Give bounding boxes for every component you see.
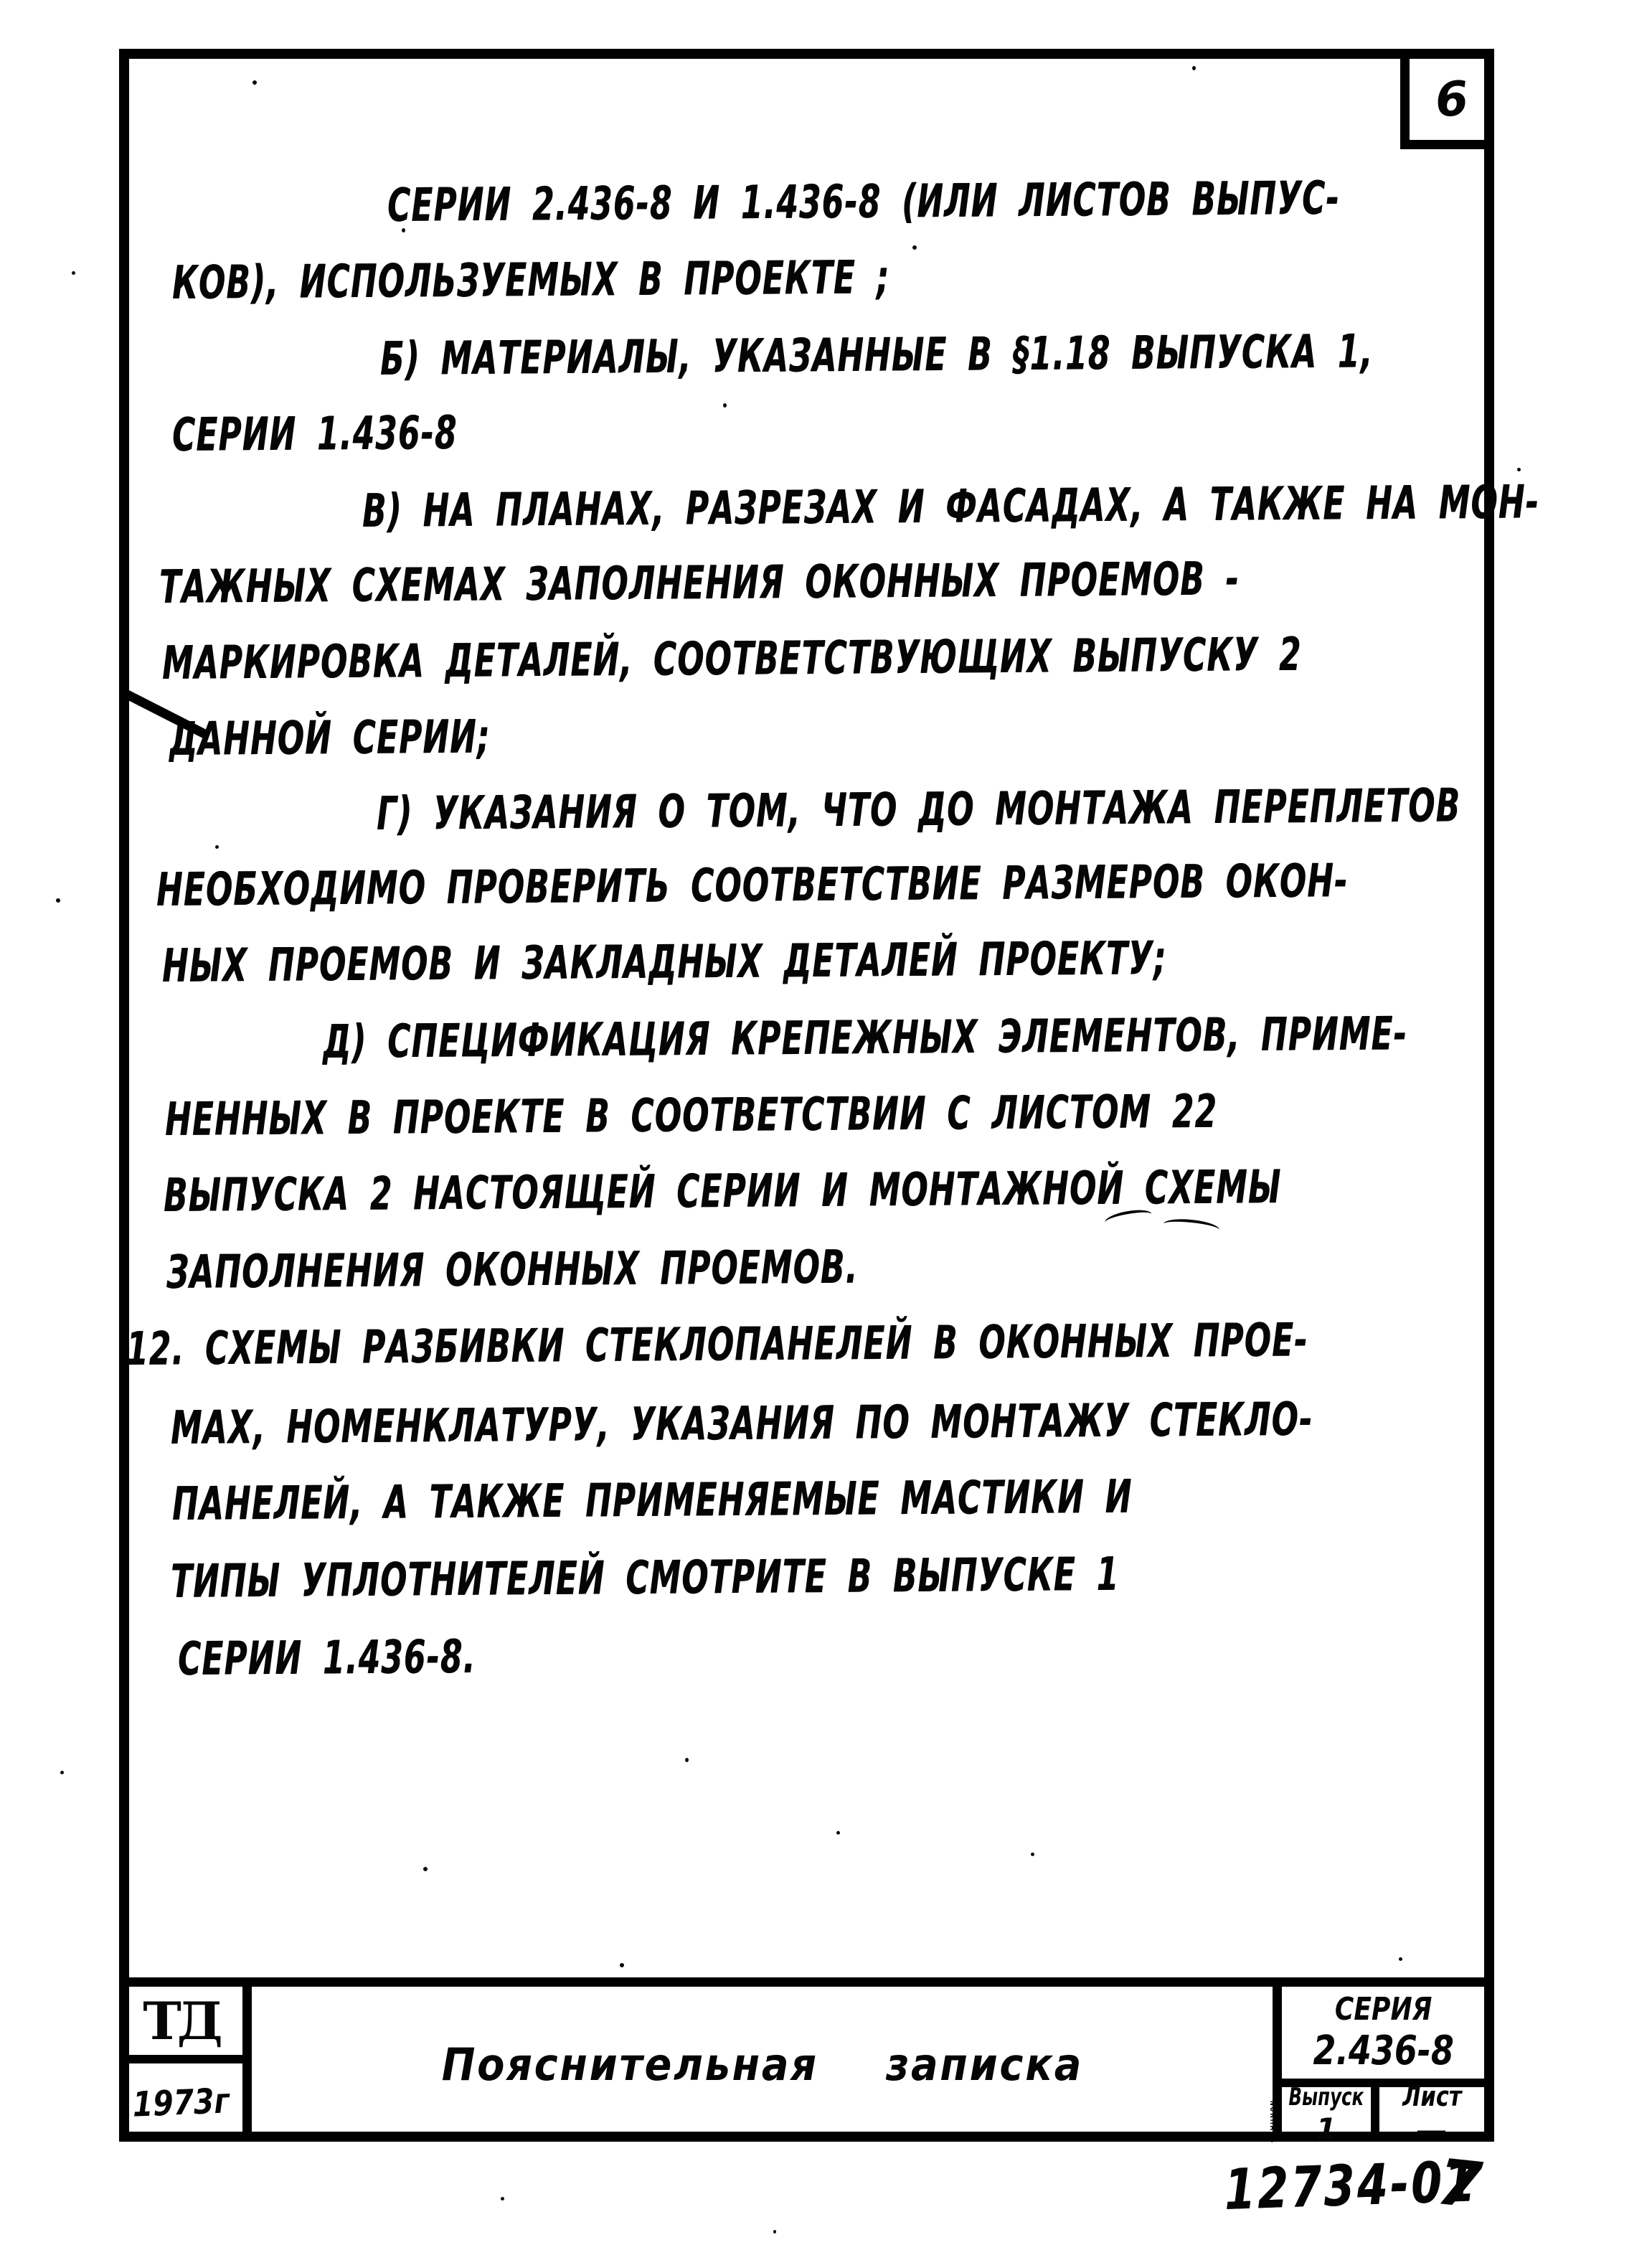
text-line: Г) УКАЗАНИЯ О ТОМ, ЧТО ДО МОНТАЖА ПЕРЕПЛ… <box>377 779 1460 841</box>
year-cell: 1973г <box>119 2063 242 2142</box>
text-line: Б) МАТЕРИАЛЫ, УКАЗАННЫЕ В §1.18 ВЫПУСКА … <box>380 325 1374 386</box>
ink-speck <box>402 228 405 232</box>
organization-logo: ТД <box>143 1990 219 2051</box>
series-value: 2.436-8 <box>1313 2028 1453 2074</box>
ink-speck <box>72 271 75 275</box>
ink-speck <box>215 845 219 849</box>
ink-speck <box>723 403 727 408</box>
ink-speck <box>60 1771 64 1774</box>
text-line: В) НА ПЛАНАХ, РАЗРЕЗАХ И ФАСАДАХ, А ТАКЖ… <box>362 476 1539 538</box>
text-line: СЕРИИ 1.436-8 <box>172 407 458 462</box>
ink-speck <box>1031 1853 1034 1856</box>
ink-speck <box>1399 1957 1402 1961</box>
ink-speck <box>1192 66 1196 70</box>
ink-speck <box>1517 468 1521 471</box>
title-block-divider <box>242 1987 252 2142</box>
handwritten-page-mark: 7 <box>1434 2145 1486 2223</box>
normacs-watermark: NORMACS <box>1268 2101 1278 2144</box>
issue-value: 1 <box>1316 2112 1336 2147</box>
page-number-box: 6 <box>1400 59 1494 149</box>
ink-speck <box>773 2230 776 2234</box>
series-label: СЕРИЯ <box>1335 1991 1432 2028</box>
text-line: ТАЖНЫХ СХЕМАХ ЗАПОЛНЕНИЯ ОКОННЫХ ПРОЕМОВ… <box>159 552 1240 614</box>
title-block-divider <box>119 2055 247 2063</box>
document-title: Пояснительная записка <box>441 2038 1082 2091</box>
text-line: ВЫПУСКА 2 НАСТОЯЩЕЙ СЕРИИ И МОНТАЖНОЙ СХ… <box>164 1161 1282 1223</box>
ink-speck <box>685 1758 689 1762</box>
issue-label: Выпуск <box>1289 2083 1364 2112</box>
text-line: Д) СПЕЦИФИКАЦИЯ КРЕПЕЖНЫХ ЭЛЕМЕНТОВ, ПРИ… <box>323 1007 1407 1069</box>
ink-speck <box>501 2197 504 2201</box>
issue-cell: Выпуск 1 <box>1282 2087 1371 2142</box>
sheet-cell: Лист — <box>1379 2087 1485 2142</box>
ink-speck <box>252 80 257 85</box>
text-line: СЕРИИ 1.436-8. <box>178 1631 476 1686</box>
organization-logo-cell: ТД <box>119 1987 242 2055</box>
ink-speck <box>56 898 60 903</box>
text-line: ТИПЫ УПЛОТНИТЕЛЕЙ СМОТРИТЕ В ВЫПУСКЕ 1 <box>171 1548 1119 1609</box>
text-line: ДАННОЙ СЕРИИ; <box>169 711 491 766</box>
text-line: СЕРИИ 2.436-8 И 1.436-8 (ИЛИ ЛИСТОВ ВЫПУ… <box>387 172 1340 232</box>
text-line: ПАНЕЛЕЙ, А ТАКЖЕ ПРИМЕНЯЕМЫЕ МАСТИКИ И <box>172 1471 1133 1531</box>
scanned-document-page: 6 СЕРИИ 2.436-8 И 1.436-8 (ИЛИ ЛИСТОВ ВЫ… <box>0 0 1652 2245</box>
document-title-cell: Пояснительная записка <box>252 1987 1273 2142</box>
page-number: 6 <box>1433 70 1470 128</box>
year-value: 1973г <box>132 2081 230 2125</box>
text-line: НЕОБХОДИМО ПРОВЕРИТЬ СООТВЕТСТВИЕ РАЗМЕР… <box>156 855 1349 917</box>
title-block-divider <box>1371 2079 1379 2142</box>
text-line: НЕННЫХ В ПРОЕКТЕ В СООТВЕТСТВИИ С ЛИСТОМ… <box>165 1086 1217 1147</box>
text-line: 12. СХЕМЫ РАЗБИВКИ СТЕКЛОПАНЕЛЕЙ В ОКОНН… <box>126 1314 1308 1376</box>
text-line: МАХ, НОМЕНКЛАТУРУ, УКАЗАНИЯ ПО МОНТАЖУ С… <box>171 1393 1313 1455</box>
ink-speck <box>836 1831 840 1835</box>
text-line: ЗАПОЛНЕНИЯ ОКОННЫХ ПРОЕМОВ. <box>166 1241 859 1299</box>
ink-speck <box>423 1867 428 1871</box>
text-line: МАРКИРОВКА ДЕТАЛЕЙ, СООТВЕТСТВУЮЩИХ ВЫПУ… <box>162 629 1302 690</box>
ink-speck <box>620 1963 624 1967</box>
sheet-label: Лист <box>1402 2081 1461 2112</box>
ink-speck <box>912 245 917 250</box>
series-cell: СЕРИЯ 2.436-8 <box>1282 1987 1485 2079</box>
title-block: ТД 1973г Пояснительная записка СЕРИЯ 2.4… <box>119 1977 1494 2142</box>
text-line: НЫХ ПРОЕМОВ И ЗАКЛАДНЫХ ДЕТАЛЕЙ ПРОЕКТУ; <box>162 932 1167 993</box>
sheet-value: — <box>1416 2112 1449 2149</box>
text-line: КОВ), ИСПОЛЬЗУЕМЫХ В ПРОЕКТЕ ; <box>172 251 890 310</box>
